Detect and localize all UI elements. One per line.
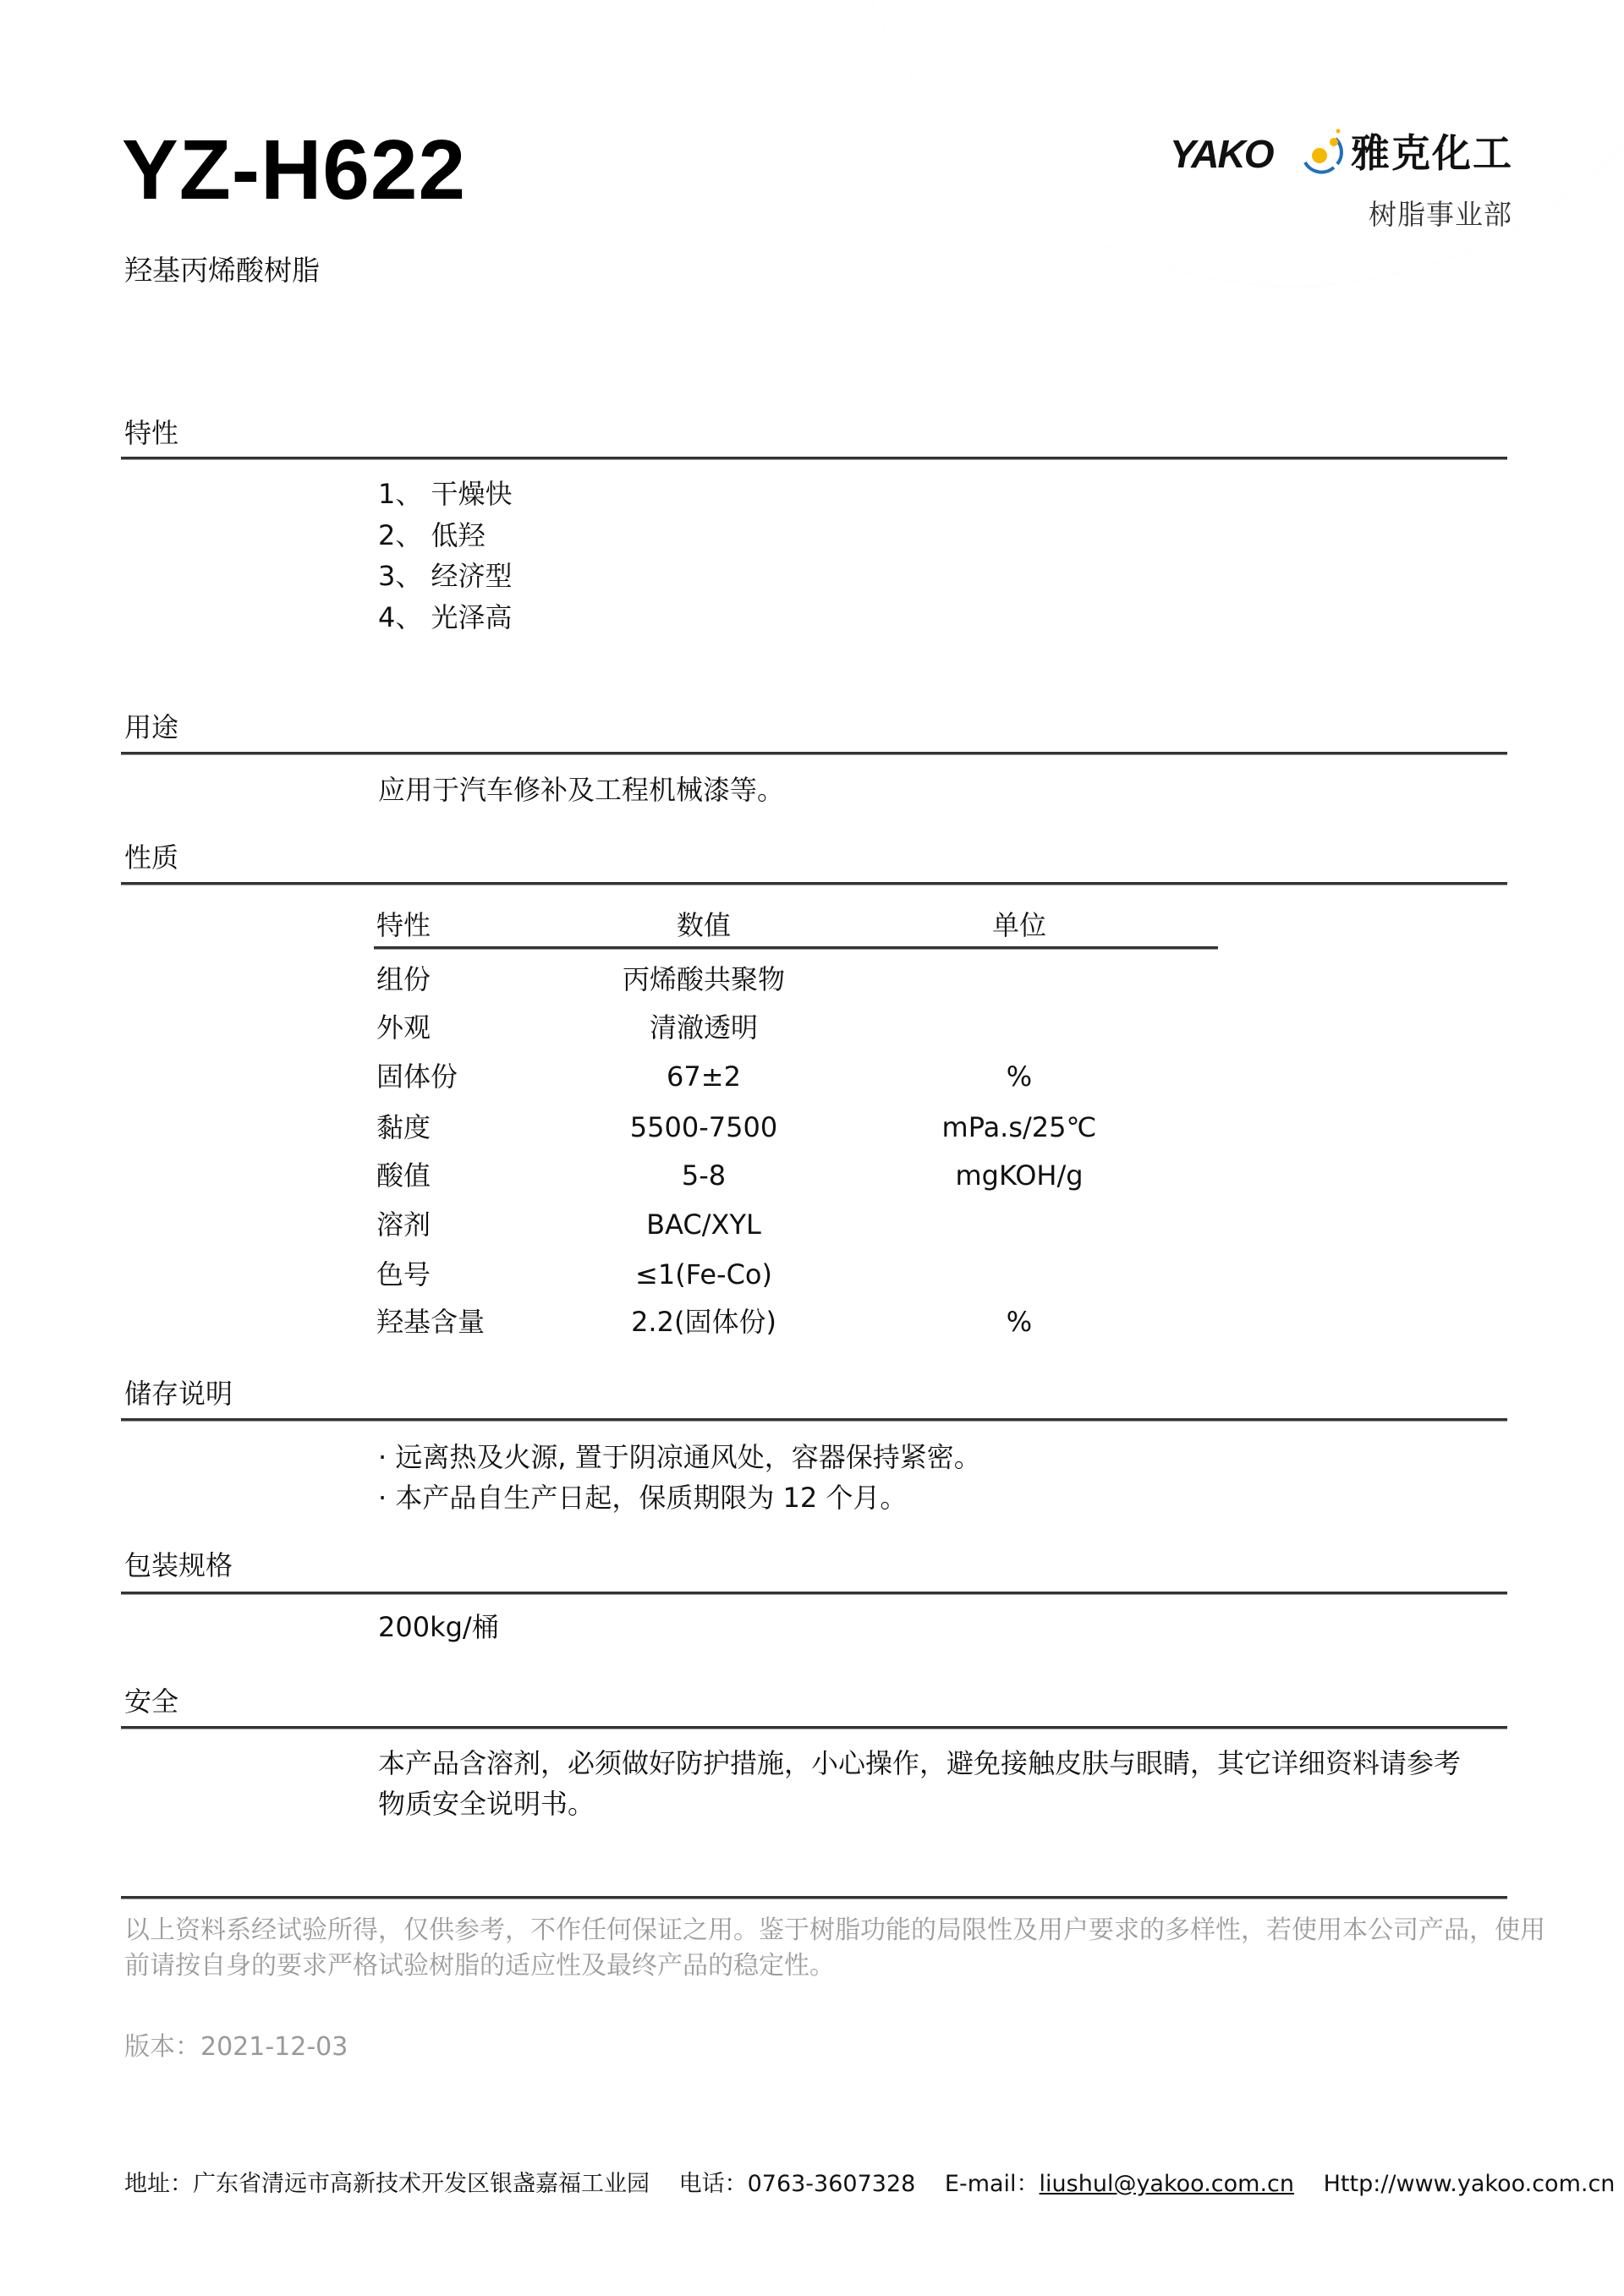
section-divider — [121, 457, 1507, 460]
section-title-usage: 用途 — [124, 711, 178, 743]
feature-item: 3、 经济型 — [378, 560, 513, 592]
footer-email-label: E-mail： — [945, 2171, 1040, 2197]
table-header-divider — [374, 946, 1218, 950]
property-name: 黏度 — [376, 1111, 431, 1143]
footer-email-group: E-mail：liushul@yakoo.com.cn — [945, 2171, 1294, 2197]
version-label: 版本：2021-12-03 — [124, 2032, 348, 2063]
column-header: 数值 — [535, 909, 873, 941]
property-name: 酸值 — [376, 1159, 431, 1192]
usage-text: 应用于汽车修补及工程机械漆等。 — [378, 774, 784, 806]
safety-text: 本产品含溶剂，必须做好防护措施，小心操作，避免接触皮肤与眼睛，其它详细资料请参考 — [378, 1747, 1461, 1779]
column-header: 特性 — [376, 909, 431, 941]
disclaimer-text: 前请按自身的要求严格试验树脂的适应性及最终产品的稳定性。 — [124, 1951, 835, 1981]
section-divider — [121, 752, 1507, 755]
property-name: 固体份 — [376, 1060, 458, 1093]
footer-website[interactable]: Http://www.yakoo.com.cn — [1324, 2171, 1616, 2197]
section-title-packaging: 包装规格 — [124, 1549, 233, 1581]
property-name: 外观 — [376, 1011, 431, 1044]
product-name: 羟基丙烯酸树脂 — [124, 254, 320, 288]
disclaimer-text: 以上资料系经试验所得，仅供参考，不作任何保证之用。鉴于树脂功能的局限性及用户要求… — [124, 1915, 1545, 1946]
property-value: 67±2 — [535, 1060, 873, 1093]
footer-contact: 地址：广东省清远市高新技术开发区银盏嘉福工业园 电话：0763-3607328 … — [124, 2170, 1624, 2199]
section-title-features: 特性 — [124, 417, 178, 449]
footer-email-link[interactable]: liushul@yakoo.com.cn — [1040, 2171, 1294, 2197]
logo-brand-en: YAKO — [1170, 134, 1273, 174]
property-value: 丙烯酸共聚物 — [535, 963, 873, 995]
property-unit: % — [850, 1060, 1188, 1093]
packaging-text: 200kg/桶 — [378, 1611, 499, 1643]
product-code: YZ-H622 — [122, 123, 466, 216]
property-value: 5500-7500 — [535, 1111, 873, 1143]
property-value: ≤1(Fe-Co) — [535, 1258, 873, 1290]
section-title-storage: 储存说明 — [124, 1378, 233, 1410]
property-unit: % — [850, 1306, 1188, 1338]
safety-text: 物质安全说明书。 — [378, 1788, 595, 1820]
section-divider — [121, 1592, 1507, 1595]
disclaimer-divider — [121, 1896, 1507, 1899]
division-name: 树脂事业部 — [1369, 198, 1512, 232]
property-name: 色号 — [376, 1258, 431, 1290]
section-title-properties: 性质 — [124, 841, 178, 874]
section-divider — [121, 1726, 1507, 1729]
storage-item: · 远离热及火源, 置于阴凉通风处，容器保持紧密。 — [378, 1441, 981, 1473]
property-name: 组份 — [376, 963, 431, 995]
feature-item: 4、 光泽高 — [378, 601, 513, 633]
company-logo: YAKO 雅克化工 — [1170, 127, 1525, 178]
property-name: 羟基含量 — [376, 1306, 485, 1338]
feature-item: 1、 干燥快 — [378, 478, 513, 510]
logo-brand-cn: 雅克化工 — [1351, 132, 1513, 174]
section-divider — [121, 1418, 1507, 1422]
property-value: 5-8 — [535, 1159, 873, 1192]
storage-item: · 本产品自生产日起，保质期限为 12 个月。 — [378, 1482, 907, 1514]
property-unit: mgKOH/g — [850, 1159, 1188, 1192]
property-value: 2.2(固体份) — [535, 1306, 873, 1338]
column-header: 单位 — [850, 909, 1188, 941]
footer-address: 地址：广东省清远市高新技术开发区银盏嘉福工业园 — [124, 2171, 650, 2197]
footer-phone: 电话：0763-3607328 — [679, 2171, 916, 2197]
property-value: BAC/XYL — [535, 1208, 873, 1241]
feature-item: 2、 低羟 — [378, 519, 486, 551]
property-name: 溶剂 — [376, 1208, 431, 1241]
section-title-safety: 安全 — [124, 1685, 178, 1718]
logo-orbit-icon — [1297, 127, 1347, 178]
property-value: 清澈透明 — [535, 1011, 873, 1044]
section-divider — [121, 882, 1507, 885]
property-unit: mPa.s/25℃ — [850, 1111, 1188, 1143]
